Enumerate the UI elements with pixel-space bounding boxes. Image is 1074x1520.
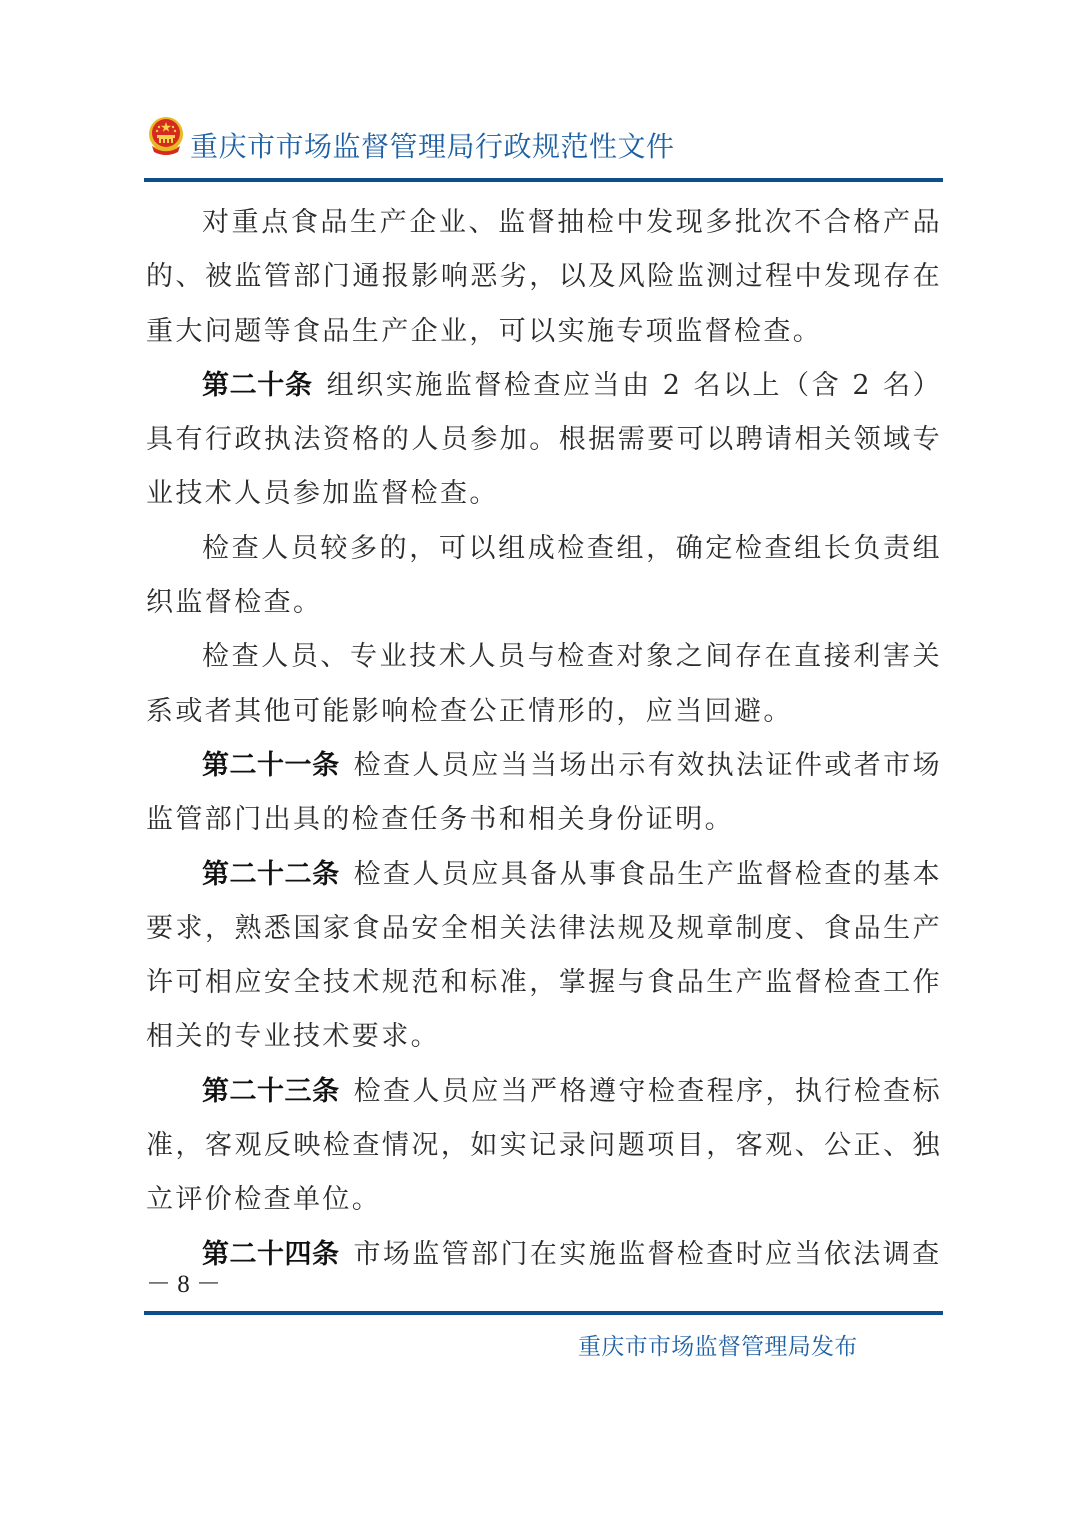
article-number: 第二十条 — [202, 370, 313, 401]
paragraph: 对重点食品生产企业、监督抽检中发现多批次不合格产品的、被监管部门通报影响恶劣，以… — [146, 196, 942, 359]
article-number: 第二十三条 — [202, 1076, 340, 1107]
article-paragraph: 第二十四条市场监管部门在实施监督检查时应当依法调查 — [146, 1228, 942, 1282]
document-body: 对重点食品生产企业、监督抽检中发现多批次不合格产品的、被监管部门通报影响恶劣，以… — [146, 196, 942, 1282]
article-number: 第二十四条 — [202, 1239, 340, 1270]
article-paragraph: 第二十条组织实施监督检查应当由 2 名以上（含 2 名）具有行政执法资格的人员参… — [146, 359, 942, 522]
paragraph-text: 检查人员较多的，可以组成检查组，确定检查组长负责组织监督检查。 — [146, 533, 942, 618]
footer-divider — [144, 1311, 943, 1315]
document-series-title: 重庆市市场监督管理局行政规范性文件 — [190, 130, 675, 164]
article-number: 第二十一条 — [202, 750, 340, 781]
page-number: － 8 － — [146, 1270, 221, 1300]
article-paragraph: 第二十一条检查人员应当当场出示有效执法证件或者市场监管部门出具的检查任务书和相关… — [146, 739, 942, 848]
article-number: 第二十二条 — [202, 859, 340, 890]
footer-publisher: 重庆市市场监督管理局发布 — [578, 1332, 858, 1362]
document-header: 重庆市市场监督管理局行政规范性文件 — [144, 116, 944, 172]
national-emblem-icon — [146, 116, 186, 158]
article-paragraph: 第二十二条检查人员应具备从事食品生产监督检查的基本要求，熟悉国家食品安全相关法律… — [146, 848, 942, 1065]
paragraph-text: 对重点食品生产企业、监督抽检中发现多批次不合格产品的、被监管部门通报影响恶劣，以… — [146, 207, 942, 347]
paragraph-text: 检查人员、专业技术人员与检查对象之间存在直接利害关系或者其他可能影响检查公正情形… — [146, 641, 942, 726]
article-paragraph: 第二十三条检查人员应当严格遵守检查程序，执行检查标准，客观反映检查情况，如实记录… — [146, 1065, 942, 1228]
paragraph-text: 市场监管部门在实施监督检查时应当依法调查 — [354, 1239, 942, 1270]
header-divider — [144, 178, 943, 182]
paragraph: 检查人员较多的，可以组成检查组，确定检查组长负责组织监督检查。 — [146, 522, 942, 631]
paragraph: 检查人员、专业技术人员与检查对象之间存在直接利害关系或者其他可能影响检查公正情形… — [146, 630, 942, 739]
